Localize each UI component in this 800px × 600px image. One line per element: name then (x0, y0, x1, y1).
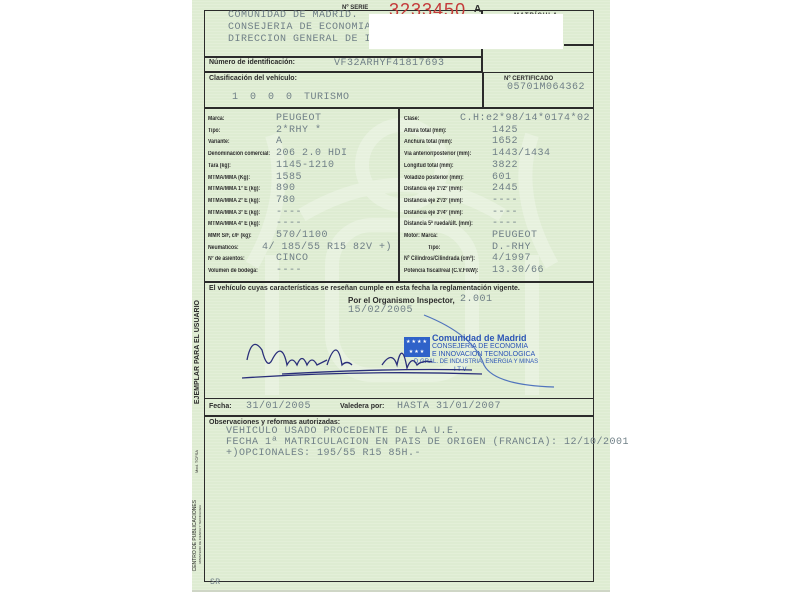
field-value: 1443/1434 (492, 148, 551, 159)
compliance-statement: El vehículo cuyas características se res… (209, 285, 520, 292)
classification-value: TURISMO (304, 92, 350, 103)
divider (482, 72, 484, 108)
field-label: Distancia eje 3º/4º (mm): (404, 210, 463, 216)
field-value: CINCO (276, 253, 309, 264)
field-value: 4/1997 (492, 253, 531, 264)
field-label: Denominación comercial: (208, 151, 270, 157)
field-label: Longitud total (mm): (404, 163, 454, 169)
authority-line-1: COMUNIDAD DE MADRID. (228, 10, 358, 21)
field-label: Nº Cilindros/Cilindrada (cm³): (404, 256, 475, 262)
copy-label: EJEMPLAR PARA EL USUARIO (194, 300, 201, 404)
observation-line-3: +)OPCIONALES: 195/55 R15 85H.- (226, 448, 421, 459)
field-value: 206 2.0 HDI (276, 148, 348, 159)
field-label: MTMA/MMA 1º E (kg): (208, 186, 260, 192)
identification-label: Número de identificación: (209, 59, 295, 66)
field-label: Clase: (404, 116, 419, 122)
field-label: Distancia eje 2º/3º (mm): (404, 198, 463, 204)
field-label: Potencia fiscal/real (C.V.F/kW): (404, 268, 478, 274)
publisher-sub: MINISTERIO DE CIENCIA Y TECNOLOGIA (198, 505, 202, 564)
field-label: MMR S/F, c/F (kg): (208, 233, 252, 239)
field-label: Vía anterior/posterior (mm): (404, 151, 471, 157)
classification-code: 1 0 0 0 (232, 92, 295, 103)
field-label: Volumen de bodega: (208, 268, 258, 274)
vehicle-inspection-card: COMUNIDAD DE MADRID. CONSEJERIA DE ECONO… (192, 0, 610, 590)
date-value: 31/01/2005 (246, 401, 311, 412)
valid-value: HASTA 31/01/2007 (397, 401, 501, 412)
observation-line-2: FECHA 1ª MATRICULACION EN PAIS DE ORIGEN… (226, 437, 629, 448)
field-label: Tara (kg): (208, 163, 231, 169)
field-value: 13.30/66 (492, 265, 544, 276)
field-label: Tipo: (428, 245, 440, 251)
field-label: Voladizo posterior (mm): (404, 175, 464, 181)
field-label: Marca: (208, 116, 224, 122)
identification-value: VF32ARHYF41817693 (334, 58, 445, 69)
field-value: ---- (276, 207, 302, 218)
certificate-value: 05701M064362 (507, 82, 585, 93)
field-value: PEUGEOT (492, 230, 538, 241)
field-value: 2*RHY * (276, 125, 322, 136)
field-value: 601 (492, 172, 512, 183)
field-value: PEUGEOT (276, 113, 322, 124)
field-value: 1145-1210 (276, 160, 335, 171)
field-label: Nº de asientos: (208, 256, 245, 262)
inspector-label: Por el Organismo Inspector, (348, 296, 455, 305)
field-label: Distancia eje 1º/2º (mm): (404, 186, 463, 192)
field-label: MTMA/MMA 3º E (kg): (208, 210, 260, 216)
field-label: Altura total (mm): (404, 128, 447, 134)
footer-mark: SR (210, 578, 221, 587)
valid-label: Valedera por: (340, 403, 384, 410)
field-label: Neumáticos: (208, 245, 239, 251)
field-value: 890 (276, 183, 296, 194)
field-label: MTMA/MMA (Kg): (208, 175, 250, 181)
inspector-signature (242, 330, 482, 390)
field-value: D.-RHY (492, 242, 531, 253)
field-value: 3822 (492, 160, 518, 171)
classification-label: Clasificación del vehículo: (209, 75, 297, 82)
field-value: 2445 (492, 183, 518, 194)
field-value: 4/ 185/55 R15 82V +) (262, 242, 392, 253)
observations-label: Observaciones y reformas autorizadas: (209, 419, 340, 426)
divider (398, 108, 400, 282)
date-label: Fecha: (209, 403, 232, 410)
field-label: MTMA/MMA 4º E (kg): (208, 221, 260, 227)
field-value: 570/1100 (276, 230, 328, 241)
divider (564, 44, 594, 46)
model-label: Mod. TCFSA (194, 450, 199, 473)
field-label: Distancia 5ª rueda/últ. (mm): (404, 221, 473, 227)
field-value: ---- (276, 265, 302, 276)
field-value: C.H:e2*98/14*0174*02 (460, 113, 590, 124)
field-label: Motor: Marca: (404, 233, 438, 239)
field-value: ---- (276, 218, 302, 229)
field-value: 1652 (492, 136, 518, 147)
serie-label: Nº SERIE (342, 5, 368, 11)
field-label: Variante: (208, 139, 230, 145)
field-value: ---- (492, 195, 518, 206)
field-value: A (276, 136, 283, 147)
field-label: MTMA/MMA 2º E (kg): (208, 198, 260, 204)
field-value: ---- (492, 207, 518, 218)
field-label: Anchura total (mm): (404, 139, 452, 145)
field-value: 1585 (276, 172, 302, 183)
redacted-area (369, 14, 563, 49)
field-value: ---- (492, 218, 518, 229)
field-label: Tipo: (208, 128, 220, 134)
observation-line-1: VEHICULO USADO PROCEDENTE DE LA U.E. (226, 426, 460, 437)
field-value: 1425 (492, 125, 518, 136)
inspector-code: 2.001 (460, 294, 493, 305)
field-value: 780 (276, 195, 296, 206)
